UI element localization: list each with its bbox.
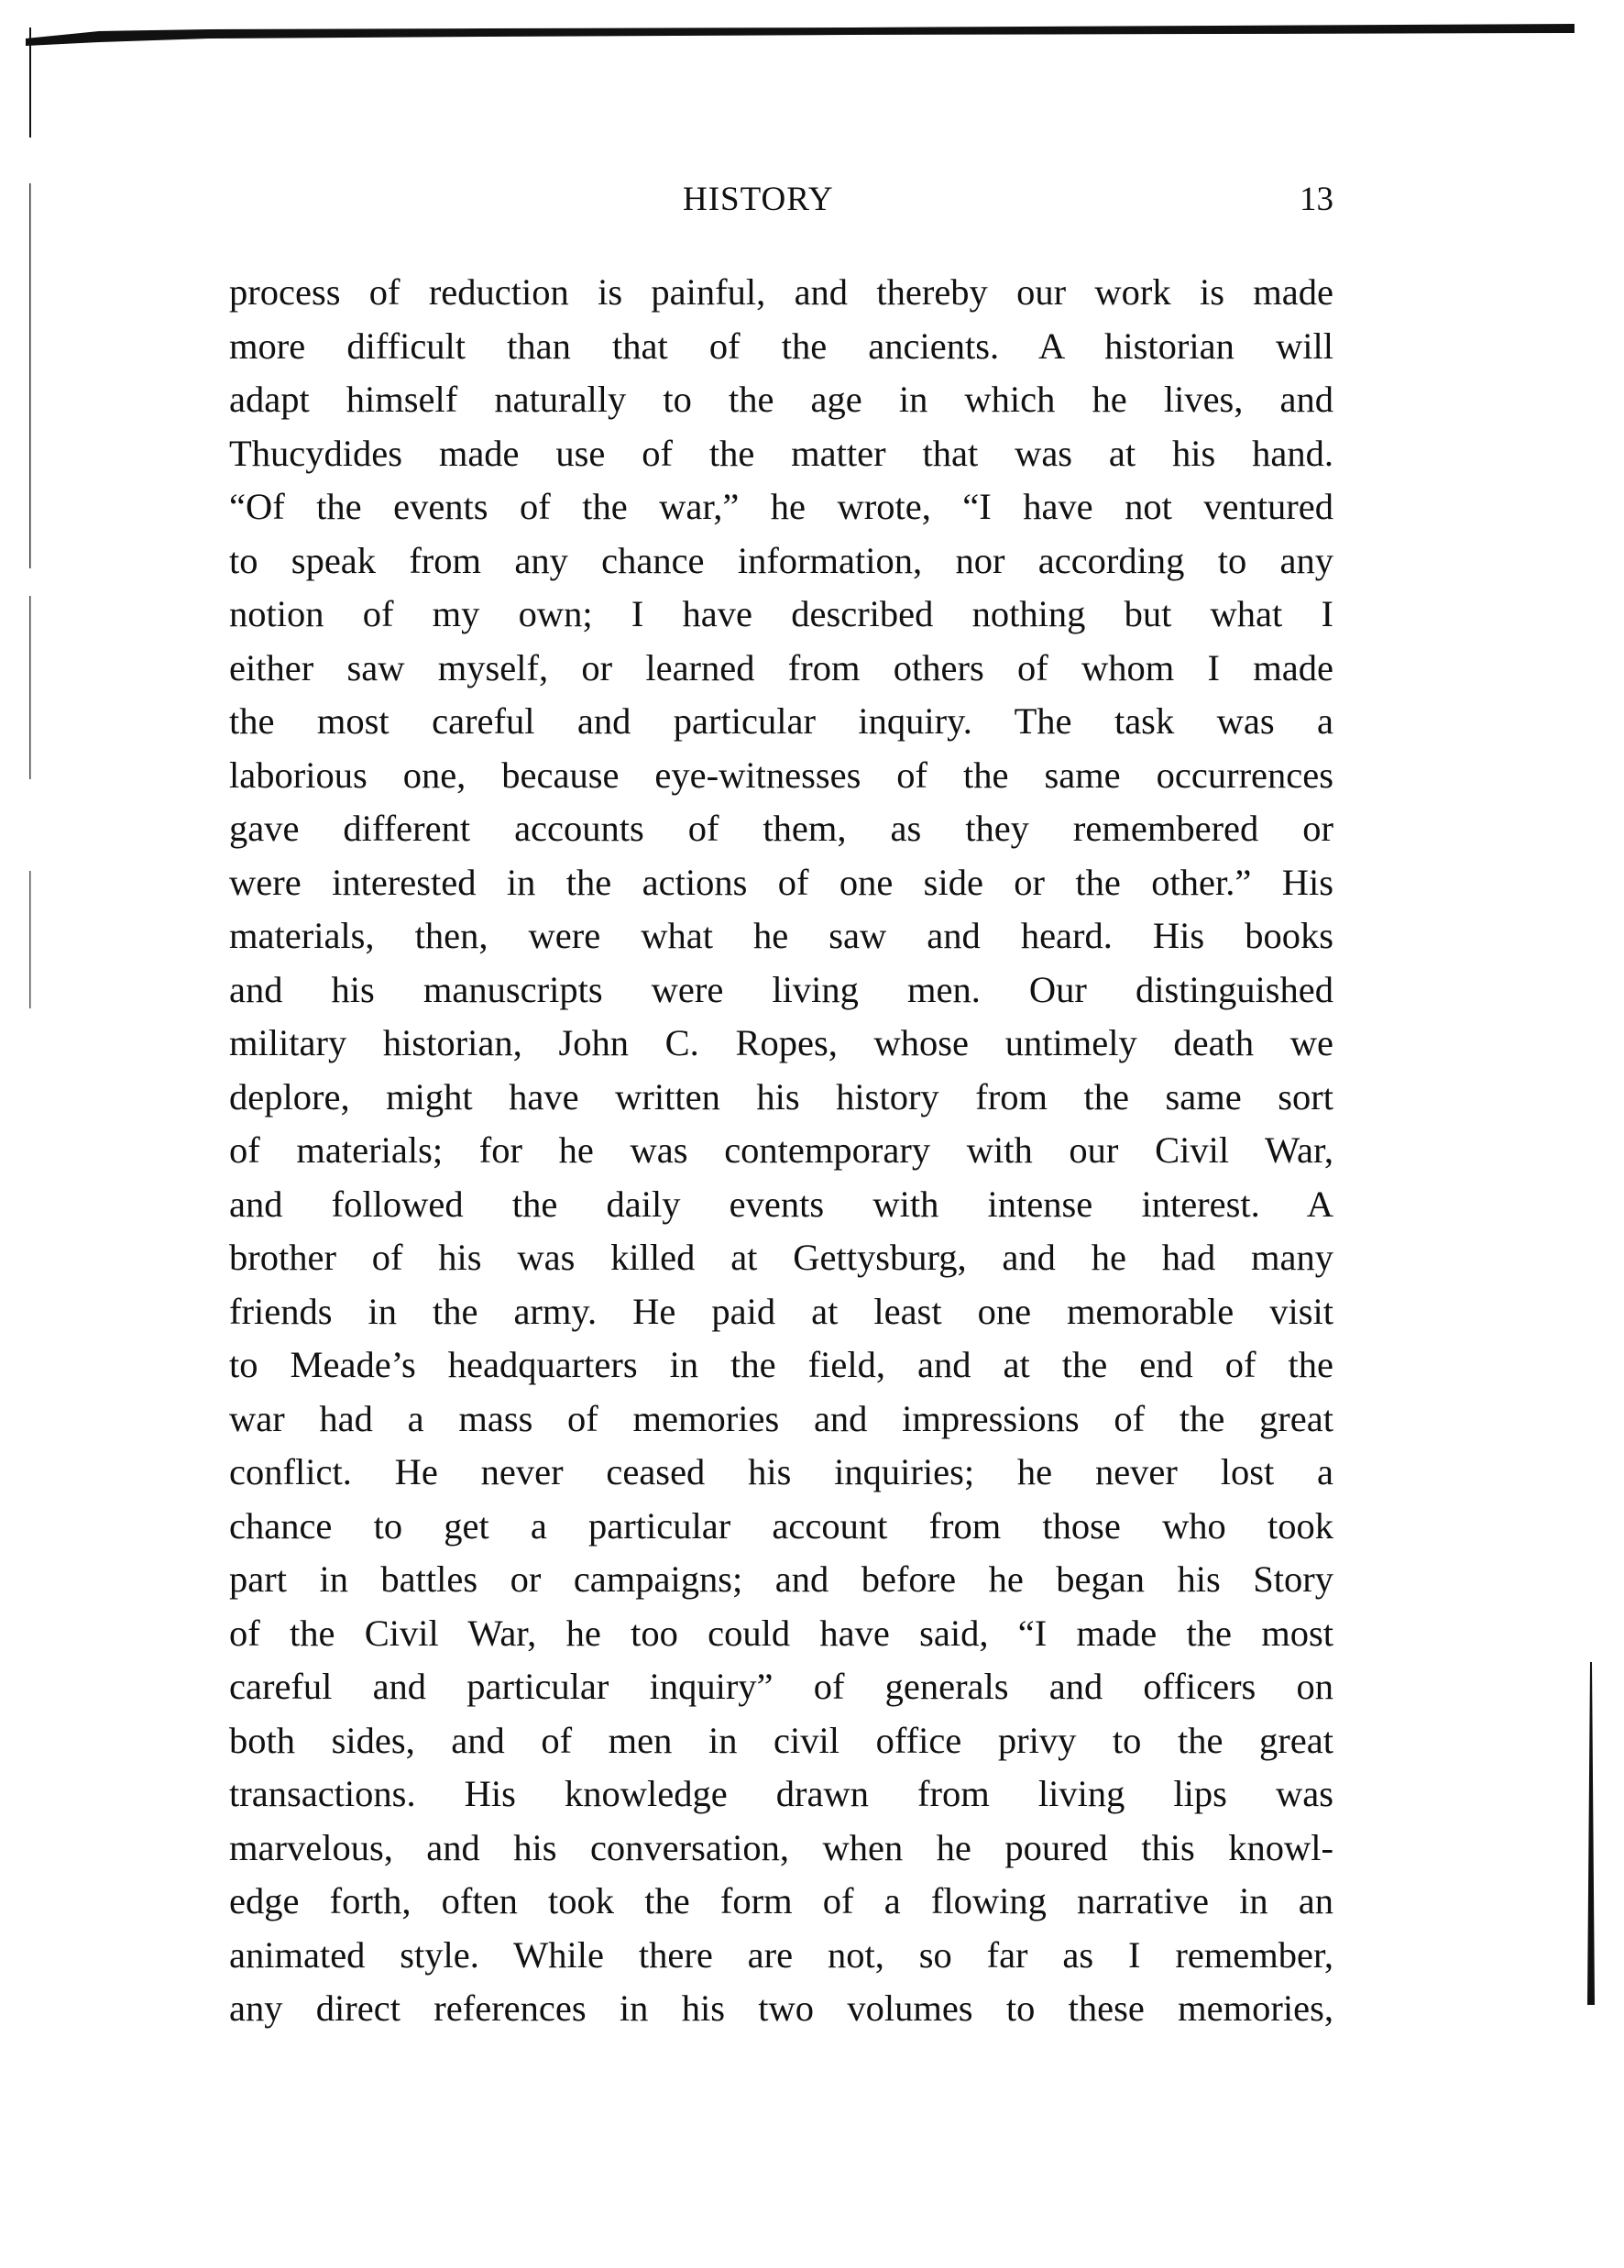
text-line: transactions. His knowledge drawn from l… bbox=[229, 1767, 1333, 1822]
text-line: either saw myself, or learned from other… bbox=[229, 642, 1333, 696]
text-line: process of reduction is painful, and the… bbox=[229, 266, 1333, 320]
text-line: notion of my own; I have described nothi… bbox=[229, 588, 1333, 642]
running-head: HISTORY 13 bbox=[229, 180, 1333, 220]
text-line: part in battles or campaigns; and before… bbox=[229, 1553, 1333, 1607]
text-line: and followed the daily events with inten… bbox=[229, 1178, 1333, 1232]
text-line: materials, then, were what he saw and he… bbox=[229, 909, 1333, 963]
text-line: more difficult than that of the ancients… bbox=[229, 320, 1333, 374]
text-line: “Of the events of the war,” he wrote, “I… bbox=[229, 480, 1333, 534]
text-line: military historian, John C. Ropes, whose… bbox=[229, 1017, 1333, 1071]
text-line: both sides, and of men in civil office p… bbox=[229, 1714, 1333, 1768]
text-line: brother of his was killed at Gettysburg,… bbox=[229, 1231, 1333, 1285]
text-line: friends in the army. He paid at least on… bbox=[229, 1285, 1333, 1339]
page-number: 13 bbox=[1300, 180, 1333, 219]
scan-right-border bbox=[1586, 1662, 1597, 2005]
text-line: chance to get a particular account from … bbox=[229, 1500, 1333, 1554]
text-line: and his manuscripts were living men. Our… bbox=[229, 963, 1333, 1018]
text-line: deplore, might have written his history … bbox=[229, 1071, 1333, 1125]
text-line: to speak from any chance information, no… bbox=[229, 534, 1333, 589]
text-line: the most careful and particular inquiry.… bbox=[229, 695, 1333, 749]
text-line: war had a mass of memories and impressio… bbox=[229, 1393, 1333, 1447]
text-line: careful and particular inquiry” of gener… bbox=[229, 1660, 1333, 1714]
text-line: were interested in the actions of one si… bbox=[229, 856, 1333, 910]
text-line: laborious one, because eye-witnesses of … bbox=[229, 749, 1333, 803]
scan-left-border bbox=[27, 28, 32, 1311]
text-line: of the Civil War, he too could have said… bbox=[229, 1607, 1333, 1661]
text-line: animated style. While there are not, so … bbox=[229, 1929, 1333, 1983]
text-line: edge forth, often took the form of a flo… bbox=[229, 1875, 1333, 1929]
text-line: of materials; for he was contemporary wi… bbox=[229, 1124, 1333, 1178]
text-line: any direct references in his two volumes… bbox=[229, 1982, 1333, 2036]
text-line: adapt himself naturally to the age in wh… bbox=[229, 373, 1333, 427]
text-line: Thucydides made use of the matter that w… bbox=[229, 427, 1333, 481]
text-line: to Meade’s headquarters in the field, an… bbox=[229, 1338, 1333, 1393]
text-line: gave different accounts of them, as they… bbox=[229, 802, 1333, 856]
top-border-line bbox=[26, 20, 1584, 48]
body-paragraph: process of reduction is painful, and the… bbox=[229, 266, 1333, 2036]
text-line: conflict. He never ceased his inquiries;… bbox=[229, 1446, 1333, 1500]
running-title: HISTORY bbox=[683, 180, 834, 219]
text-line: marvelous, and his conversation, when he… bbox=[229, 1822, 1333, 1876]
